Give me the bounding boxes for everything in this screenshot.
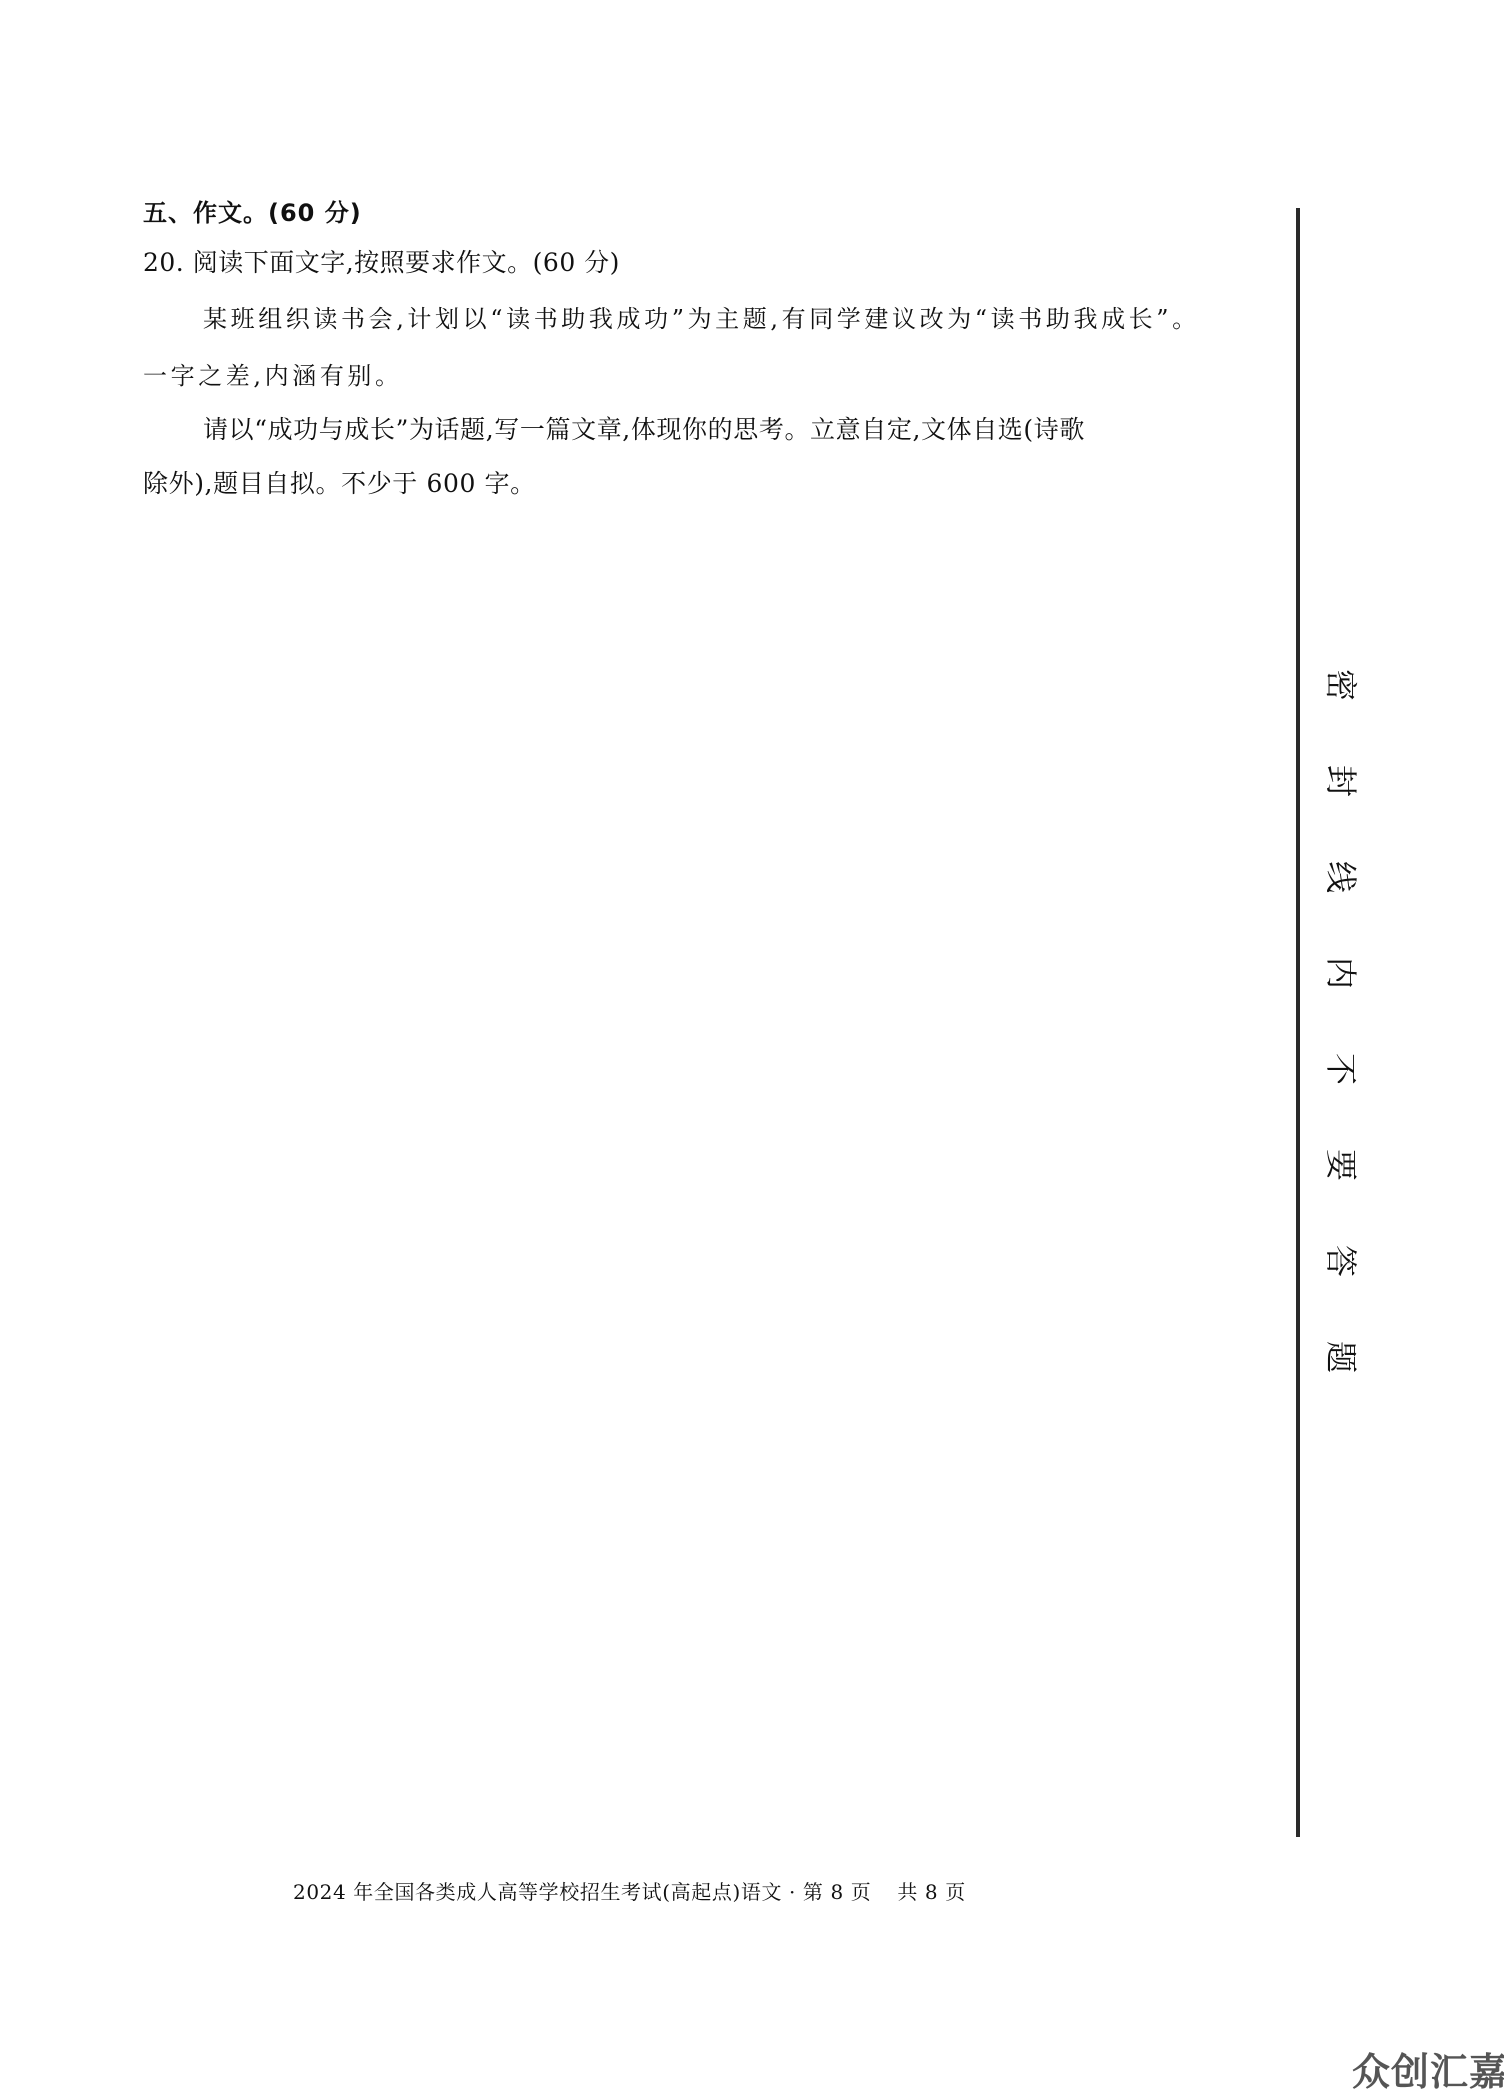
seal-char: 密 (1323, 667, 1359, 703)
page-footer: 2024 年全国各类成人高等学校招生考试(高起点)语文 · 第 8 页共 8 页 (293, 1878, 966, 1906)
material-line-2: 一字之差,内涵有别。 (143, 361, 403, 391)
question-number: 20. (143, 248, 184, 277)
material-line-1: 某班组织读书会,计划以“读书助我成功”为主题,有同学建议改为“读书助我成长”。 (143, 304, 1200, 334)
footer-total-pages: 共 8 页 (897, 1880, 965, 1904)
seal-char: 不 (1323, 1051, 1359, 1087)
seal-char: 线 (1323, 859, 1359, 895)
question-20: 20. 阅读下面文字,按照要求作文。(60 分) (143, 248, 620, 278)
seal-char: 封 (1323, 763, 1359, 799)
footer-exam-title: 2024 年全国各类成人高等学校招生考试(高起点)语文 · 第 8 页 (293, 1880, 871, 1904)
question-stem: 阅读下面文字,按照要求作文。(60 分) (193, 248, 620, 277)
prompt-line-2: 除外),题目自拟。不少于 600 字。 (143, 469, 536, 499)
watermark-logo: 众创汇嘉 (1352, 2050, 1504, 2094)
prompt-line-1: 请以“成功与成长”为话题,写一篇文章,体现你的思考。立意自定,文体自选(诗歌 (143, 415, 1085, 445)
seal-line-divider (1296, 208, 1300, 1837)
seal-char: 答 (1323, 1243, 1359, 1279)
seal-char: 要 (1323, 1147, 1359, 1183)
seal-char: 题 (1323, 1339, 1359, 1375)
section-heading: 五、作文。(60 分) (143, 198, 362, 228)
seal-char: 内 (1323, 955, 1359, 991)
